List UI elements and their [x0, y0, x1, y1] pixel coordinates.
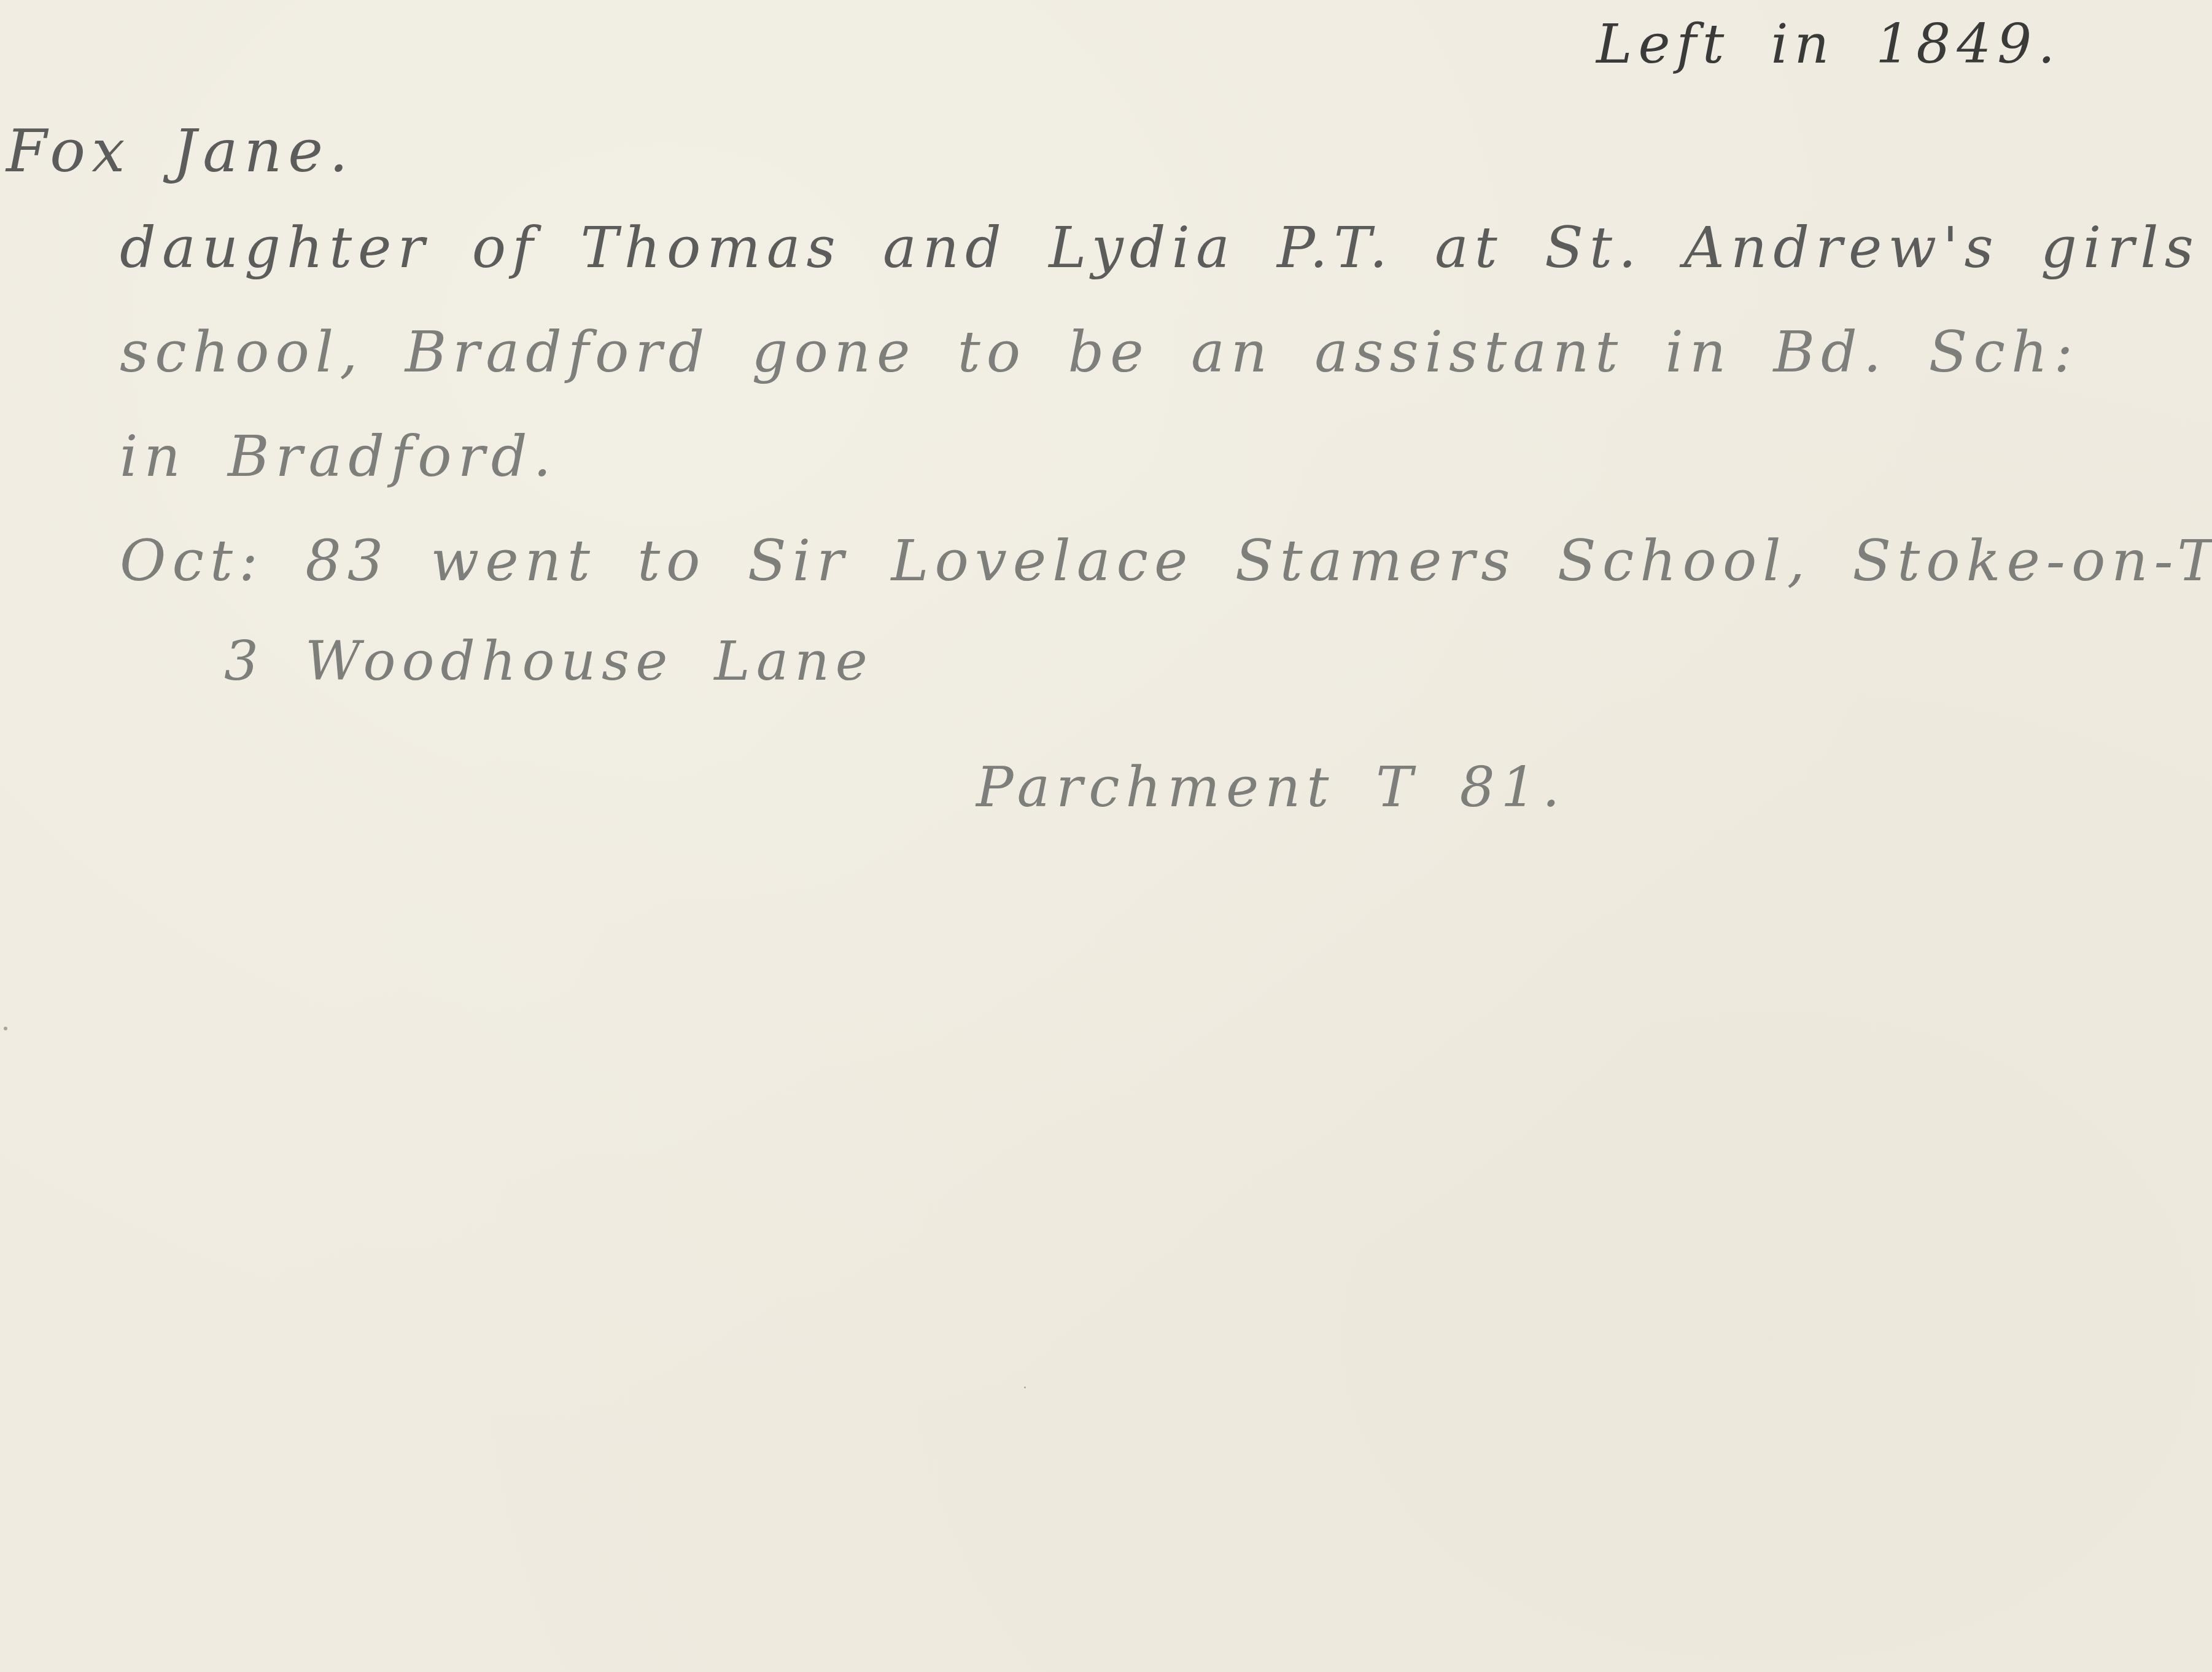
left-date-note: Left in 1849. [1596, 12, 2061, 76]
parchment-reference: Parchment T 81. [976, 755, 1566, 820]
entry-line-2: school, Bradford gone to be an assistant… [120, 319, 2079, 385]
address-line: 3 Woodhouse Lane [224, 629, 874, 693]
paper-speck [4, 1027, 7, 1030]
entry-line-3: in Bradford. [120, 424, 557, 489]
entry-line-4: Oct: 83 went to Sir Lovelace Stamers Sch… [120, 528, 2212, 594]
paper-speck [1024, 1386, 1026, 1388]
entry-line-1: daughter of Thomas and Lydia P.T. at St.… [120, 215, 2200, 281]
name-heading: Fox Jane. [6, 117, 354, 185]
record-card-page: Left in 1849. Fox Jane. daughter of Thom… [0, 0, 2212, 1672]
